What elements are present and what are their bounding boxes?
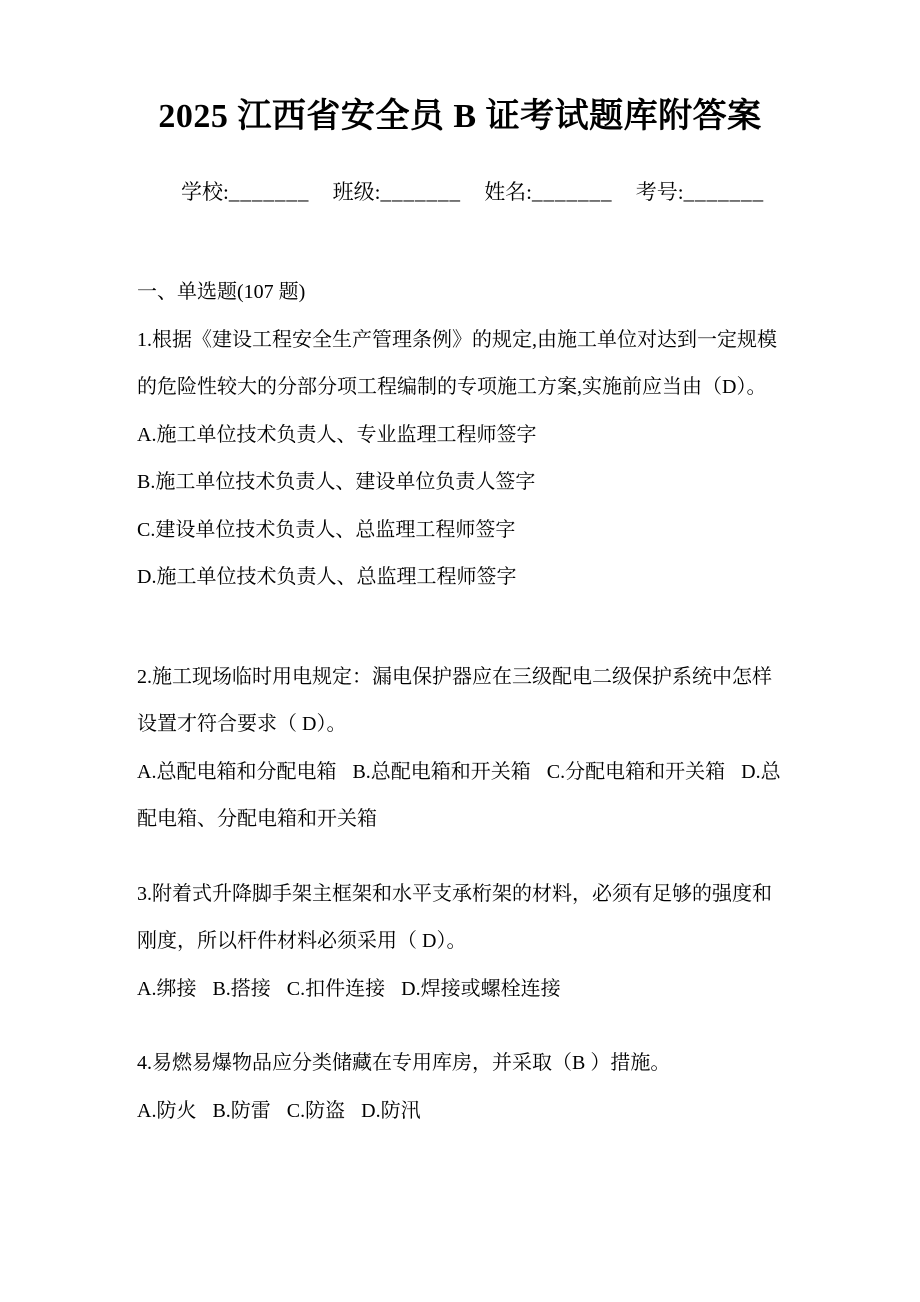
class-label: 班级: bbox=[333, 180, 381, 204]
question-2: 2.施工现场临时用电规定：漏电保护器应在三级配电二级保护系统中怎样设置才符合要求… bbox=[137, 654, 789, 844]
question-3: 3.附着式升降脚手架主框架和水平支承桁架的材料，必须有足够的强度和刚度，所以杆件… bbox=[137, 871, 789, 1014]
school-label: 学校: bbox=[181, 180, 229, 204]
exam-document-page: 2025 江西省安全员 B 证考试题库附答案 学校:_______ 班级:___… bbox=[0, 0, 920, 1302]
question-4: 4.易燃易爆物品应分类储藏在专用库房，并采取（B ）措施。 A.防火 B.防雷 … bbox=[137, 1040, 789, 1135]
question-2-options: A.总配电箱和分配电箱 B.总配电箱和开关箱 C.分配电箱和开关箱 D.总配电箱… bbox=[137, 749, 789, 844]
exam-number-field: 考号:_______ bbox=[636, 178, 764, 206]
section-heading-single-choice: 一、单选题(107 题) bbox=[137, 269, 789, 317]
question-3-option-a: A.绑接 bbox=[137, 978, 196, 1000]
question-2-option-a: A.总配电箱和分配电箱 bbox=[137, 761, 336, 783]
question-4-option-d: D.防汛 bbox=[361, 1100, 420, 1122]
question-3-option-c: C.扣件连接 bbox=[287, 978, 385, 1000]
exam-body: 一、单选题(107 题) 1.根据《建设工程安全生产管理条例》的规定,由施工单位… bbox=[0, 269, 789, 1135]
class-field: 班级:_______ bbox=[333, 178, 461, 206]
question-2-option-c: C.分配电箱和开关箱 bbox=[547, 761, 725, 783]
question-4-stem: 4.易燃易爆物品应分类储藏在专用库房，并采取（B ）措施。 bbox=[137, 1040, 789, 1088]
student-info-row: 学校:_______ 班级:_______ 姓名:_______ 考号:____… bbox=[0, 178, 920, 206]
question-4-option-a: A.防火 bbox=[137, 1100, 196, 1122]
question-3-options: A.绑接 B.搭接 C.扣件连接 D.焊接或螺栓连接 bbox=[137, 966, 789, 1014]
question-4-option-c: C.防盗 bbox=[287, 1100, 345, 1122]
name-label: 姓名: bbox=[484, 180, 532, 204]
school-field: 学校:_______ bbox=[181, 178, 309, 206]
class-blank-line: _______ bbox=[380, 180, 461, 204]
question-1-option-c: C.建设单位技术负责人、总监理工程师签字 bbox=[137, 507, 789, 555]
question-4-option-b: B.防雷 bbox=[212, 1100, 270, 1122]
exam-number-blank-line: _______ bbox=[684, 180, 765, 204]
question-3-option-b: B.搭接 bbox=[212, 978, 270, 1000]
question-3-option-d: D.焊接或螺栓连接 bbox=[401, 978, 560, 1000]
question-1-option-d: D.施工单位技术负责人、总监理工程师签字 bbox=[137, 554, 789, 602]
document-title: 2025 江西省安全员 B 证考试题库附答案 bbox=[0, 0, 920, 142]
question-4-options: A.防火 B.防雷 C.防盗 D.防汛 bbox=[137, 1088, 789, 1136]
name-field: 姓名:_______ bbox=[484, 178, 612, 206]
question-1-stem: 1.根据《建设工程安全生产管理条例》的规定,由施工单位对达到一定规模的危险性较大… bbox=[137, 317, 789, 412]
question-1-option-b: B.施工单位技术负责人、建设单位负责人签字 bbox=[137, 459, 789, 507]
question-3-stem: 3.附着式升降脚手架主框架和水平支承桁架的材料，必须有足够的强度和刚度，所以杆件… bbox=[137, 871, 789, 966]
school-blank-line: _______ bbox=[229, 180, 310, 204]
question-1-option-a: A.施工单位技术负责人、专业监理工程师签字 bbox=[137, 412, 789, 460]
question-2-stem: 2.施工现场临时用电规定：漏电保护器应在三级配电二级保护系统中怎样设置才符合要求… bbox=[137, 654, 789, 749]
question-2-option-b: B.总配电箱和开关箱 bbox=[352, 761, 530, 783]
name-blank-line: _______ bbox=[532, 180, 613, 204]
question-1: 1.根据《建设工程安全生产管理条例》的规定,由施工单位对达到一定规模的危险性较大… bbox=[137, 317, 789, 602]
exam-number-label: 考号: bbox=[636, 180, 684, 204]
